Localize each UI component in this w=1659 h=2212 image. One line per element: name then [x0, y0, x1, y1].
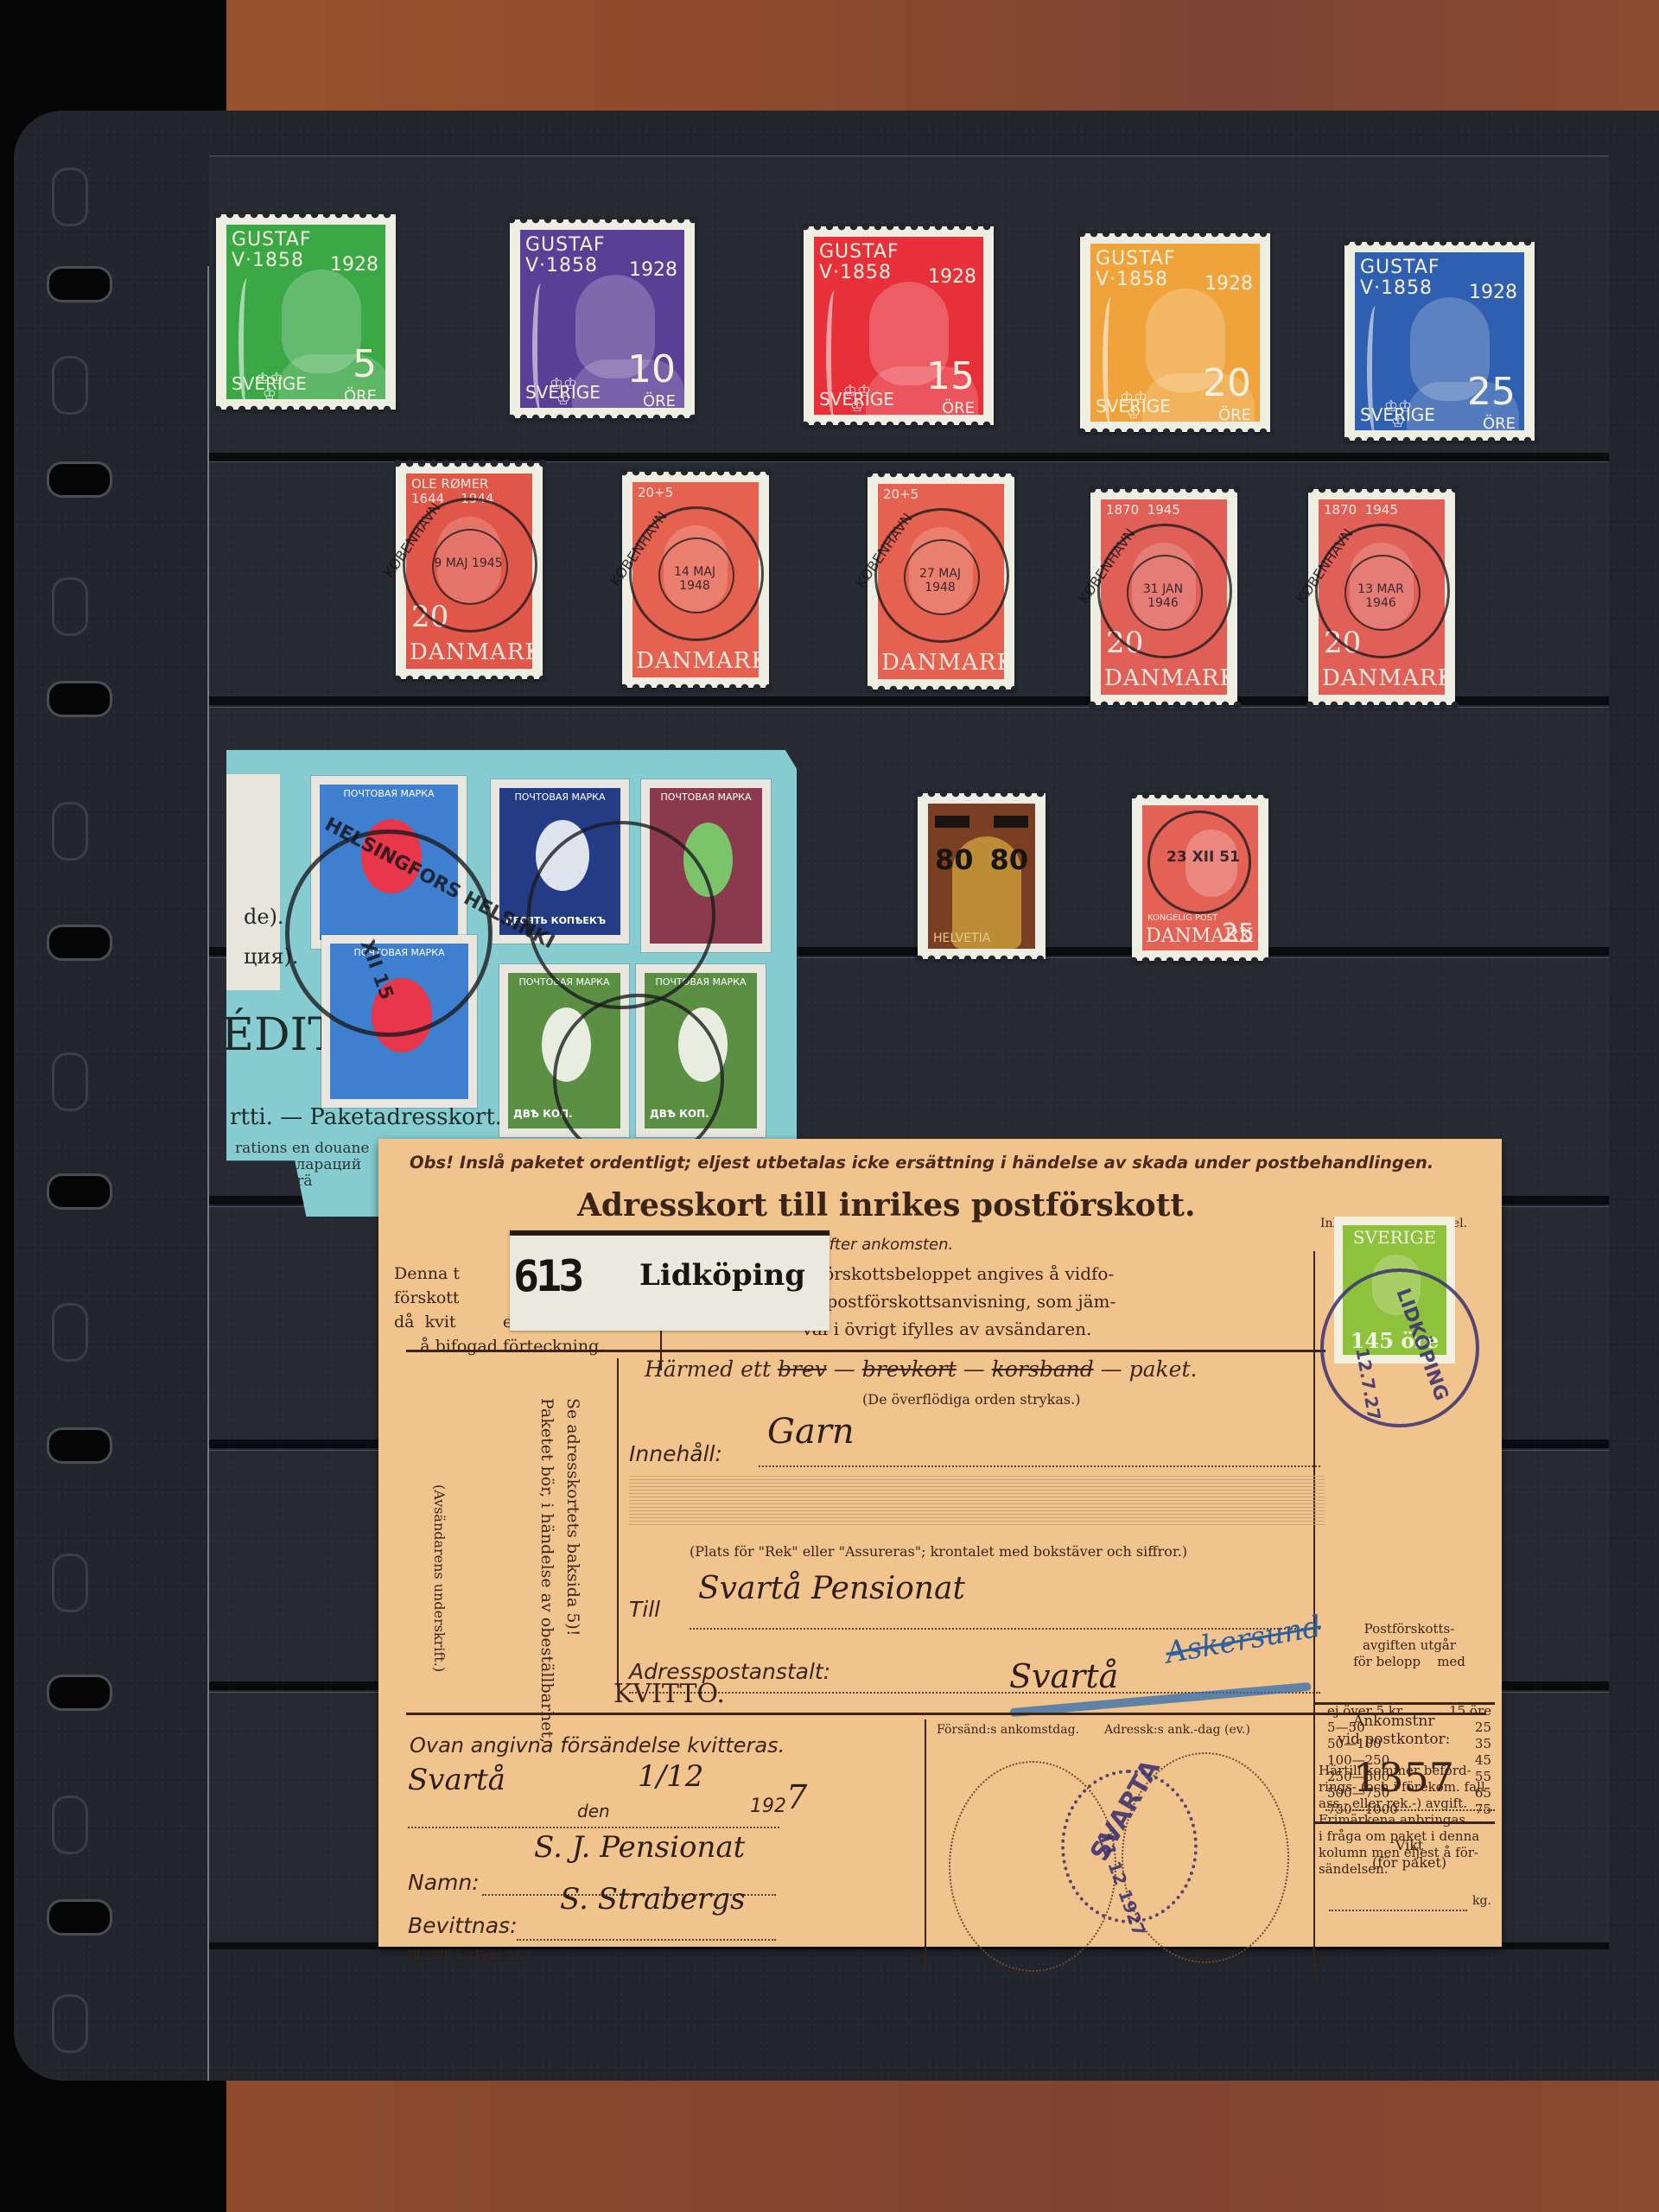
office-number: 613 [513, 1251, 581, 1301]
stamp-country: SVERIGE [525, 382, 601, 403]
fragment-title: ÉDIT [221, 1009, 338, 1061]
binder-hole-icon [47, 925, 112, 961]
receipt-heading: KVITTO. [613, 1679, 725, 1709]
stamp-unit: ÖRE [643, 392, 676, 408]
hint-text: (De överflödiga orden strykas.) [862, 1391, 1080, 1408]
postmark-date: 23 XII 51 [1166, 849, 1240, 866]
sender-signature-label: (Avsändarens underskrift.) [431, 1484, 448, 1672]
stamp-unit: ÖRE [344, 387, 377, 399]
contents-label: Innehåll: [629, 1441, 722, 1466]
rate-header: Postförskotts- avgiften utgår för belopp… [1327, 1621, 1491, 1670]
addressee-value[interactable]: Svartå Pensionat [698, 1571, 965, 1606]
addressee-label: Till [629, 1597, 660, 1622]
binder-hole-icon [47, 266, 112, 302]
card-notice: Obs! Inslå paketet ordentligt; eljest ut… [410, 1153, 1433, 1173]
destination-value[interactable]: Svartå [1009, 1657, 1118, 1695]
stamp-country: DANMARK [636, 648, 755, 674]
option-korsband: korsband [992, 1357, 1094, 1382]
receipt-place[interactable]: Svartå [408, 1763, 505, 1797]
stamp-gustaf-v-5[interactable]: GUSTAF V·1858 1928 ♔♔♔ 5 ÖRE SVERIGE [216, 214, 396, 410]
binder-hole-icon [47, 1173, 112, 1210]
stamp-country: DANMARK [1104, 665, 1224, 691]
stamp-danmark-1[interactable]: OLE RØMER 1644 1944 20 DANMARK KØBENHAVN… [396, 463, 543, 679]
binder-hole-icon [52, 356, 88, 415]
contents-value[interactable]: Garn [767, 1412, 855, 1452]
year-prefix: 192 [750, 1796, 786, 1817]
address-arrival-label: Adressk:s ank.-dag (ev.) [1104, 1723, 1250, 1737]
stamp-country: DANMARK [410, 639, 529, 665]
vertical-note: Paketet bör, i händelse av obeställbarhe… [537, 1398, 556, 1743]
item-type-line: Härmed ett brev — brevkort — korsband — … [645, 1357, 1197, 1382]
ruled-area [629, 1476, 1325, 1526]
postmark-date: 27 MAJ 1948 [906, 567, 975, 594]
stamp-country: HELVETIA [933, 931, 990, 945]
weight-unit: kg. [1472, 1894, 1491, 1908]
stamp-caption: ПОЧТОВАЯ МАРКА [323, 788, 454, 799]
surcharge-right: 80 [989, 843, 1028, 876]
stamp-caption: ПОЧТОВАЯ МАРКА [653, 791, 759, 803]
stamp-top-text: 1870 1945 [1106, 503, 1222, 518]
form-code: Bl. 398 a. (Febr 26.) [408, 1949, 531, 1963]
binder-hole-icon [47, 1427, 112, 1464]
date-field[interactable] [408, 1827, 779, 1828]
vertical-note: Se adresskortets baksida 5)! [563, 1398, 582, 1636]
stamp-country: SVERIGE [1360, 404, 1435, 425]
stamp-value: 20 [1203, 365, 1251, 403]
binder-hole-icon [52, 802, 88, 861]
rate-fee: 25 [1475, 1719, 1491, 1736]
arrival-date-label: Försänd:s ankomstdag. [937, 1723, 1079, 1737]
binder-hole-icon [52, 1303, 88, 1362]
postmark-date: 9 MAJ 1945 [434, 556, 503, 570]
date-label: den [577, 1801, 610, 1821]
stamp-country: SVERIGE [819, 389, 894, 410]
binder-hole-icon [52, 577, 88, 636]
option-brevkort: brevkort [862, 1357, 957, 1382]
stamp-value: 25 [1222, 918, 1255, 949]
binder-hole-icon [52, 168, 88, 226]
option-paket: paket. [1129, 1357, 1198, 1382]
postmark-date: 13 MAR 1946 [1346, 582, 1415, 610]
name-value[interactable]: S. J. Pensionat [534, 1830, 745, 1865]
name-label: Namn: [408, 1870, 480, 1895]
stamp-value: 5 [353, 346, 377, 384]
arrival-number[interactable]: 1357 [1353, 1754, 1454, 1801]
arrival-number-label: Ankomstnr vid postkontor: [1338, 1713, 1450, 1749]
divider [925, 1719, 926, 1970]
year-value[interactable]: 7 [786, 1778, 807, 1816]
divider [617, 1358, 619, 1687]
surcharge-bar [994, 816, 1028, 828]
binder-hole-icon [52, 1994, 88, 2053]
stamp-year: 1928 [928, 266, 976, 288]
stamp-country: SVERIGE [1096, 396, 1171, 416]
arrival-number-field[interactable] [1325, 1809, 1495, 1811]
stamp-value: 25 [1467, 373, 1516, 411]
stamp-top-text: 1870 1945 [1324, 503, 1440, 518]
postmark-date: 31 JAN 1946 [1128, 582, 1198, 610]
divider [406, 1350, 1325, 1352]
strip-edge [209, 453, 1609, 461]
stamp-danmark-25[interactable]: KONGELIG POST DANMARK 25 23 XII 51 [1132, 795, 1268, 961]
stamp-top-text: 20+5 [638, 486, 753, 500]
binder-hole-icon [52, 1554, 88, 1612]
binder-hole-icon [47, 461, 112, 498]
stamp-unit: ÖRE [942, 399, 975, 415]
struck-destination: Askersund [1163, 1610, 1324, 1671]
postmark-icon [527, 821, 715, 1009]
rate-fee: 15 öre [1449, 1703, 1491, 1719]
stamp-top-text: 20+5 [883, 487, 999, 502]
office-town: Lidköping [639, 1258, 805, 1293]
witness-field[interactable] [517, 1939, 776, 1941]
stamp-gustaf-v-15[interactable]: GUSTAF V·1858 1928 ♔♔♔ 15 ÖRE SVERIGE [804, 226, 994, 425]
witness-label: Bevittnas: [408, 1913, 518, 1938]
receipt-text: Ovan angivna försändelse kvitteras. [410, 1733, 785, 1758]
stamp-country: SVERIGE [232, 373, 307, 394]
surcharge-left: 80 [935, 843, 974, 876]
binder-hole-icon [52, 1796, 88, 1854]
parcel-address-card[interactable]: Obs! Inslå paketet ordentligt; eljest ut… [378, 1139, 1502, 1947]
rate-fee: 35 [1475, 1736, 1491, 1752]
stamp-value: 10 [627, 351, 676, 389]
stamp-unit: ÖRE [1218, 406, 1251, 422]
weight-field[interactable] [1329, 1910, 1467, 1911]
weight-label: Vikt (för paket) [1372, 1837, 1446, 1872]
stamp-unit: ÖRE [1483, 415, 1516, 430]
card-title: Adresskort till inrikes postförskott. [577, 1187, 1195, 1224]
stamp-danmark-3[interactable]: 20+5 DANMARK KØBENHAVN 27 MAJ 1948 [868, 474, 1014, 690]
divider [1313, 1821, 1495, 1824]
stamp-danmark-5[interactable]: 1870 1945 20 DANMARK KØBENHAVN 13 MAR 19… [1308, 489, 1455, 705]
surcharge-bar [935, 816, 969, 828]
witness-value[interactable]: S. Strabergs [560, 1882, 746, 1916]
fragment-subtitle: rtti. — Paketadresskort. [230, 1104, 502, 1130]
binder-hole-icon [47, 1899, 112, 1935]
binder-hole-icon [52, 1052, 88, 1111]
stamp-helvetia[interactable]: 80 80 HELVETIA [918, 793, 1046, 959]
stamp-country: DANMARK [881, 650, 1001, 676]
hint-text: (Plats för "Rek" eller "Assureras"; kron… [690, 1543, 1187, 1560]
stamp-danmark-4[interactable]: 1870 1945 20 DANMARK KØBENHAVN 31 JAN 19… [1090, 489, 1237, 705]
divider [406, 1713, 1486, 1715]
binder-hole-icon [47, 681, 112, 717]
stamp-year: 1928 [629, 259, 677, 281]
stamp-country: DANMARK [1322, 665, 1441, 691]
divider [1313, 1702, 1495, 1705]
stamp-value: 15 [926, 358, 975, 396]
option-brev: brev [778, 1357, 827, 1382]
postmark-date: 14 MAJ 1948 [660, 565, 729, 593]
binder-hole-icon [47, 1675, 112, 1711]
stamp-year: 1928 [1205, 273, 1253, 295]
stamp-year: 1928 [1469, 282, 1517, 303]
post-office-label: 613 Lidköping [510, 1230, 829, 1331]
stamp-country: SVERIGE [1343, 1227, 1446, 1248]
stamp-caption: KONGELIG POST [1147, 913, 1217, 923]
receipt-day[interactable]: 1/12 [638, 1759, 703, 1794]
stamp-gustaf-v-20[interactable]: GUSTAF V·1858 1928 ♔♔♔ 20 ÖRE SVERIGE [1080, 233, 1270, 432]
stamp-gustaf-v-25[interactable]: GUSTAF V·1858 1928 ♔♔♔ 25 ÖRE SVERIGE [1344, 242, 1535, 441]
stamp-danmark-2[interactable]: 20+5 DANMARK KØBENHAVN 14 MAJ 1948 [622, 472, 769, 688]
stamp-caption: ПОЧТОВАЯ МАРКА [503, 791, 617, 803]
stamp-gustaf-v-10[interactable]: GUSTAF V·1858 1928 ♔♔♔ 10 ÖRE SVERIGE [510, 219, 695, 418]
contents-field[interactable] [759, 1465, 1320, 1467]
